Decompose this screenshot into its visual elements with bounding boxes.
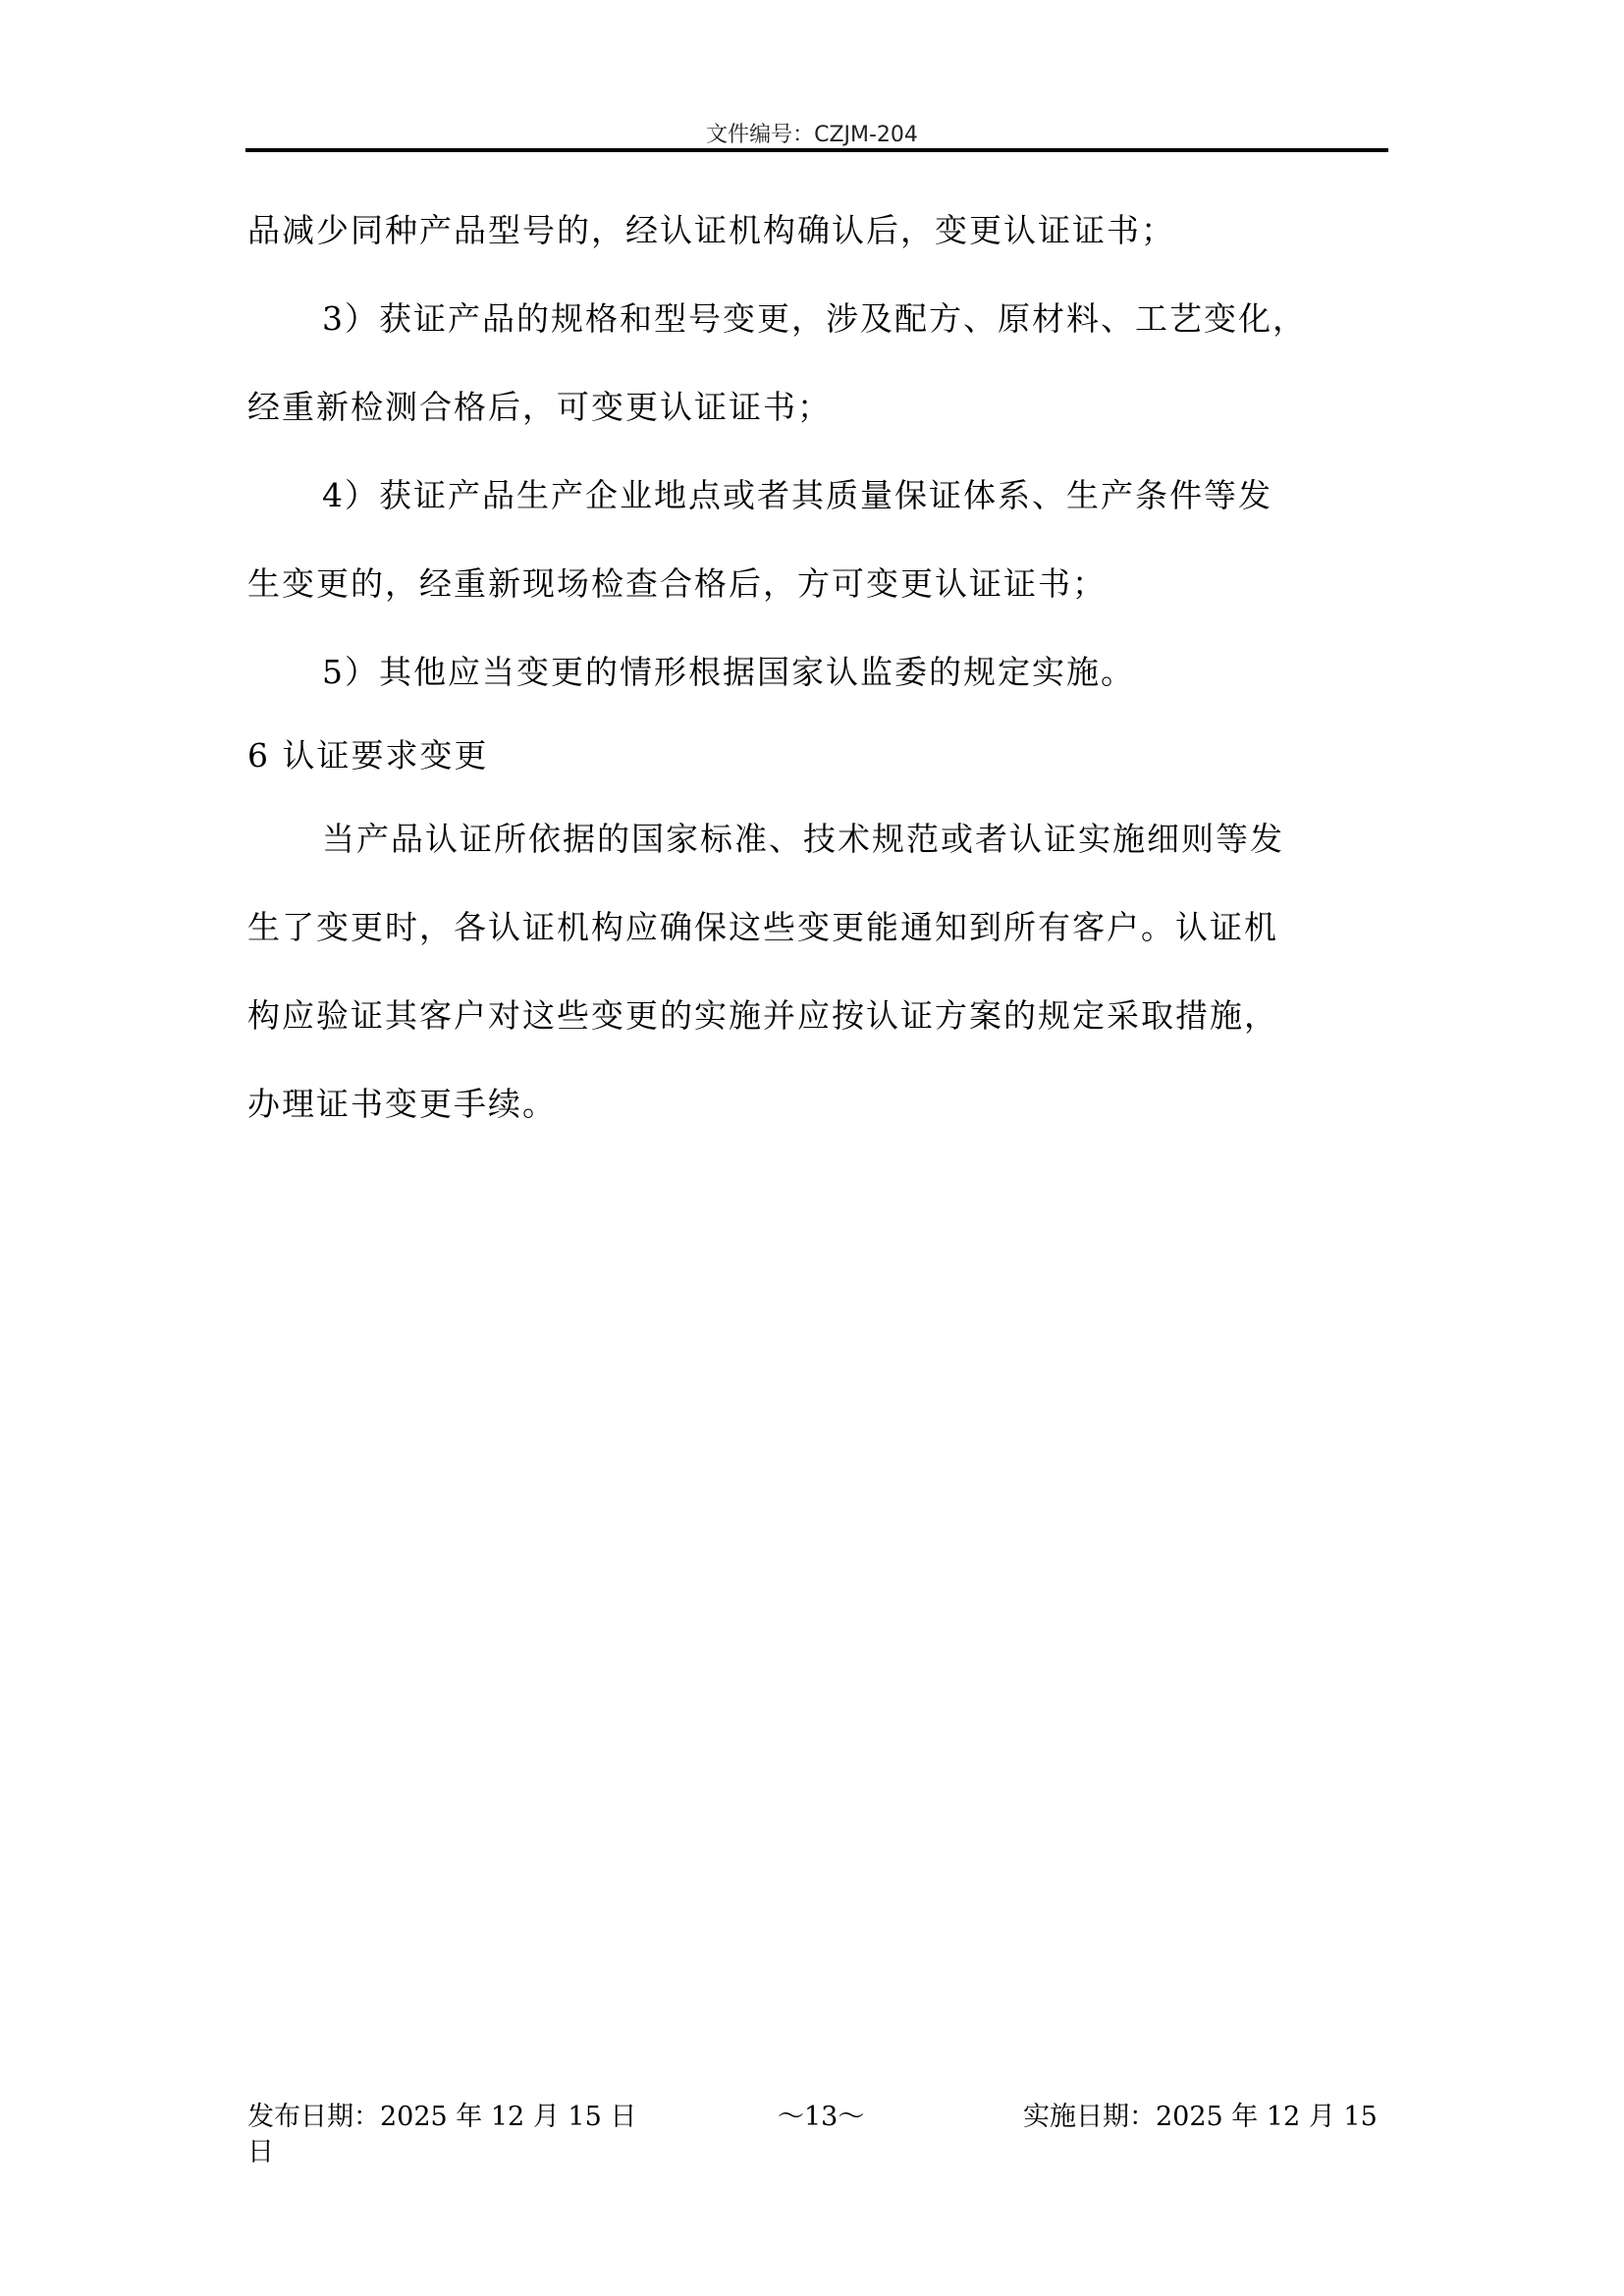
section-heading: 6 认证要求变更 bbox=[247, 739, 489, 772]
body-line: 生变更的，经重新现场检查合格后，方可变更认证证书； bbox=[247, 567, 1107, 600]
document-number: 文件编号：CZJM-204 bbox=[0, 118, 1624, 148]
body-line: 4）获证产品生产企业地点或者其质量保证体系、生产条件等发 bbox=[322, 479, 1272, 511]
body-line: 3）获证产品的规格和型号变更，涉及配方、原材料、工艺变化， bbox=[322, 302, 1307, 335]
effective-date-wrap: 日 bbox=[247, 2136, 274, 2169]
header-divider bbox=[245, 148, 1388, 152]
body-line: 办理证书变更手续。 bbox=[247, 1088, 557, 1120]
body-line: 经重新检测合格后，可变更认证证书； bbox=[247, 391, 832, 423]
body-line: 5）其他应当变更的情形根据国家认监委的规定实施。 bbox=[322, 656, 1135, 688]
body-line: 当产品认证所依据的国家标准、技术规范或者认证实施细则等发 bbox=[322, 823, 1284, 855]
effective-date: 实施日期：2025 年 12 月 15 bbox=[1023, 2101, 1378, 2134]
body-line: 生了变更时，各认证机构应确保这些变更能通知到所有客户。认证机 bbox=[247, 911, 1278, 943]
page-number: ～13～ bbox=[778, 2101, 864, 2134]
body-line: 品减少同种产品型号的，经认证机构确认后，变更认证证书； bbox=[247, 214, 1175, 246]
publish-date: 发布日期：2025 年 12 月 15 日 bbox=[247, 2101, 636, 2134]
body-line: 构应验证其客户对这些变更的实施并应按认证方案的规定采取措施， bbox=[247, 999, 1278, 1032]
